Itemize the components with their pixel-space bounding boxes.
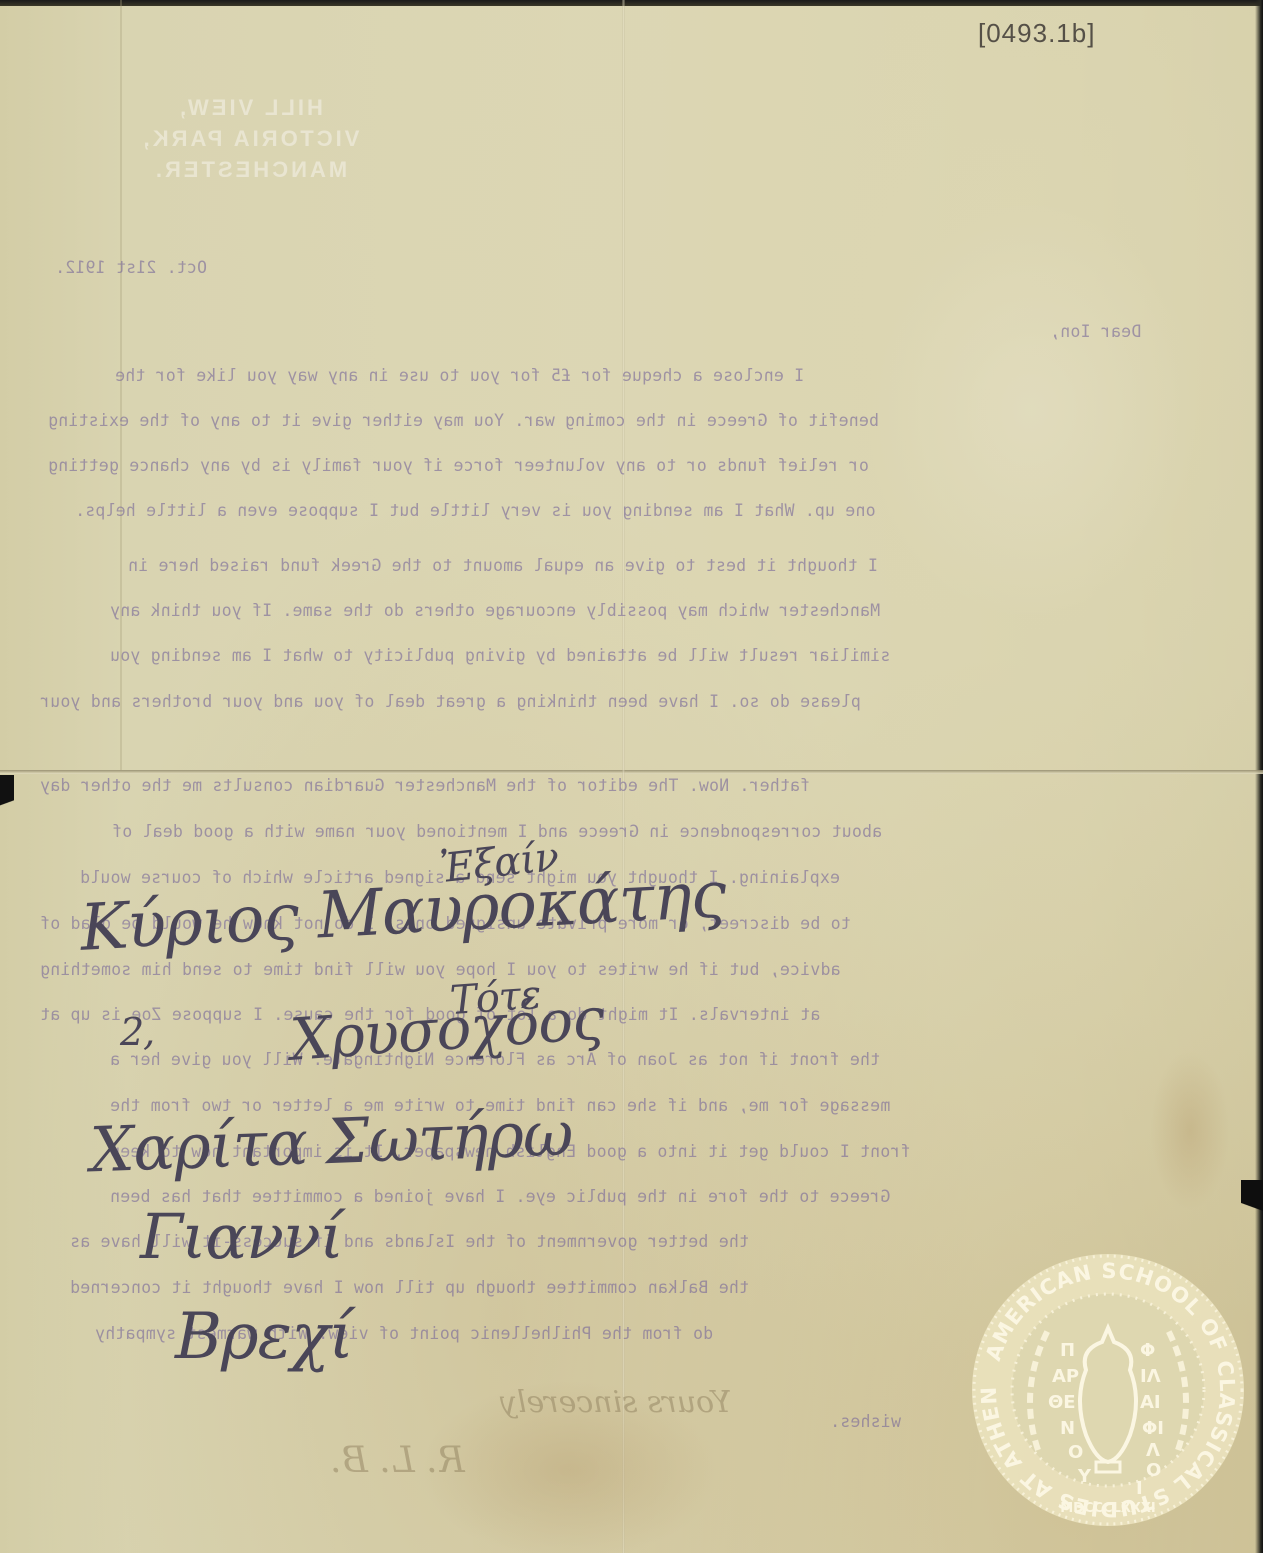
letter-line: Manchester which may possibly encourage … <box>110 601 880 620</box>
torn-edge <box>1241 1180 1263 1240</box>
torn-corner <box>0 775 14 845</box>
scanned-letter-page: [0493.1b] HILL VIEW, VICTORIA PARK, MANC… <box>0 0 1263 1553</box>
handwritten-name: Βρεχί <box>175 1300 353 1374</box>
seal-emblem-icon: AMERICAN SCHOOL OF CLASSICAL STUDIES AT … <box>968 1250 1248 1530</box>
letterhead-line: HILL VIEW, <box>40 92 460 123</box>
seal-year-text: MDCCCLXXXI <box>1060 1501 1156 1516</box>
scan-top-edge <box>0 0 1263 6</box>
letter-line: I enclose a cheque for £5 for you to use… <box>115 366 804 385</box>
letter-line: benefit of Greece in the coming war. You… <box>48 411 879 430</box>
faint-closing: Yours sincerely <box>500 1385 731 1420</box>
archive-reference-label: [0493.1b] <box>978 18 1095 49</box>
paper-stain <box>860 200 1200 620</box>
letter-date: Oct. 21st 1912. <box>55 258 207 277</box>
scan-right-edge <box>1255 0 1263 1553</box>
letter-line: I thought it best to give an equal amoun… <box>128 556 878 575</box>
letterhead: HILL VIEW, VICTORIA PARK, MANCHESTER. <box>40 92 460 185</box>
faint-signature: R. L. B. <box>330 1440 465 1481</box>
letter-salutation: Dear Ion, <box>1050 322 1141 341</box>
letter-line: please do so. I have been thinking a gre… <box>40 692 861 711</box>
letter-line: advice, but if he writes to you I hope y… <box>40 960 841 979</box>
horizontal-fold-crease <box>0 770 1263 774</box>
letter-line: wishes. <box>830 1412 901 1431</box>
letter-line: or relief funds or to any volunteer forc… <box>48 456 869 475</box>
letter-line: about correspondence in Greece and I men… <box>112 822 882 841</box>
letter-line: father. Now. The editor of the Mancheste… <box>40 776 810 795</box>
handwritten-name: Χαρίτα Σωτήρω <box>89 1097 574 1187</box>
letterhead-line: MANCHESTER. <box>40 154 460 185</box>
letter-line: similiar result will be attained by givi… <box>110 646 890 665</box>
paper-stain <box>1150 1050 1230 1210</box>
handwritten-name: Γιαννί <box>140 1200 343 1273</box>
letter-line: one up. What I am sending you is very li… <box>75 501 876 520</box>
institution-seal: AMERICAN SCHOOL OF CLASSICAL STUDIES AT … <box>968 1250 1248 1530</box>
handwritten-prefix: 2, <box>120 1010 154 1054</box>
letter-line: the Balkan committee though up till now … <box>70 1278 749 1297</box>
letterhead-line: VICTORIA PARK, <box>40 123 460 154</box>
